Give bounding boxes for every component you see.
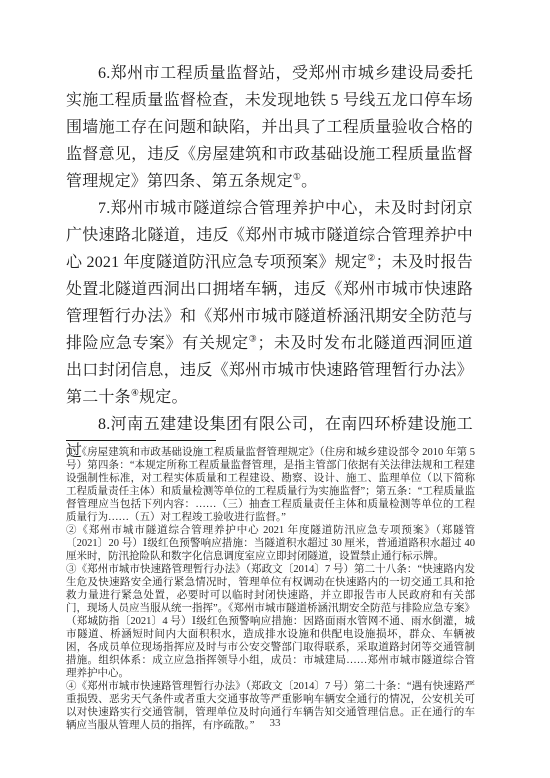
footnotes-block: ①《房屋建筑和市政基础设施工程质量监督管理规定》（住房和城乡建设部令 2010 …: [66, 446, 475, 732]
paragraph-item-7: 7.郑州市城市隧道综合管理养护中心，未及时封闭京广快速路北隧道，违反《郑州市城市…: [66, 195, 473, 411]
footnote-item-3: ③《郑州市城市快速路管理暂行办法》（郑政文〔2014〕7 号）第二十八条：“快速…: [66, 563, 475, 680]
main-text-block: 6.郑州市工程质量监督站，受郑州市城乡建设局委托实施工程质量监督检查，未发现地铁…: [66, 60, 473, 465]
page-number: 33: [0, 717, 550, 729]
paragraph-item-6: 6.郑州市工程质量监督站，受郑州市城乡建设局委托实施工程质量监督检查，未发现地铁…: [66, 60, 473, 195]
footnote-item-2: ②《郑州市城市隧道综合管理养护中心 2021 年度隧道防汛应急专项预案》（郑隧管…: [66, 524, 475, 563]
document-page: 6.郑州市工程质量监督站，受郑州市城乡建设局委托实施工程质量监督检查，未发现地铁…: [0, 0, 550, 778]
footnote-separator-rule: [66, 440, 216, 441]
footnote-item-1: ①《房屋建筑和市政基础设施工程质量监督管理规定》（住房和城乡建设部令 2010 …: [66, 446, 475, 524]
